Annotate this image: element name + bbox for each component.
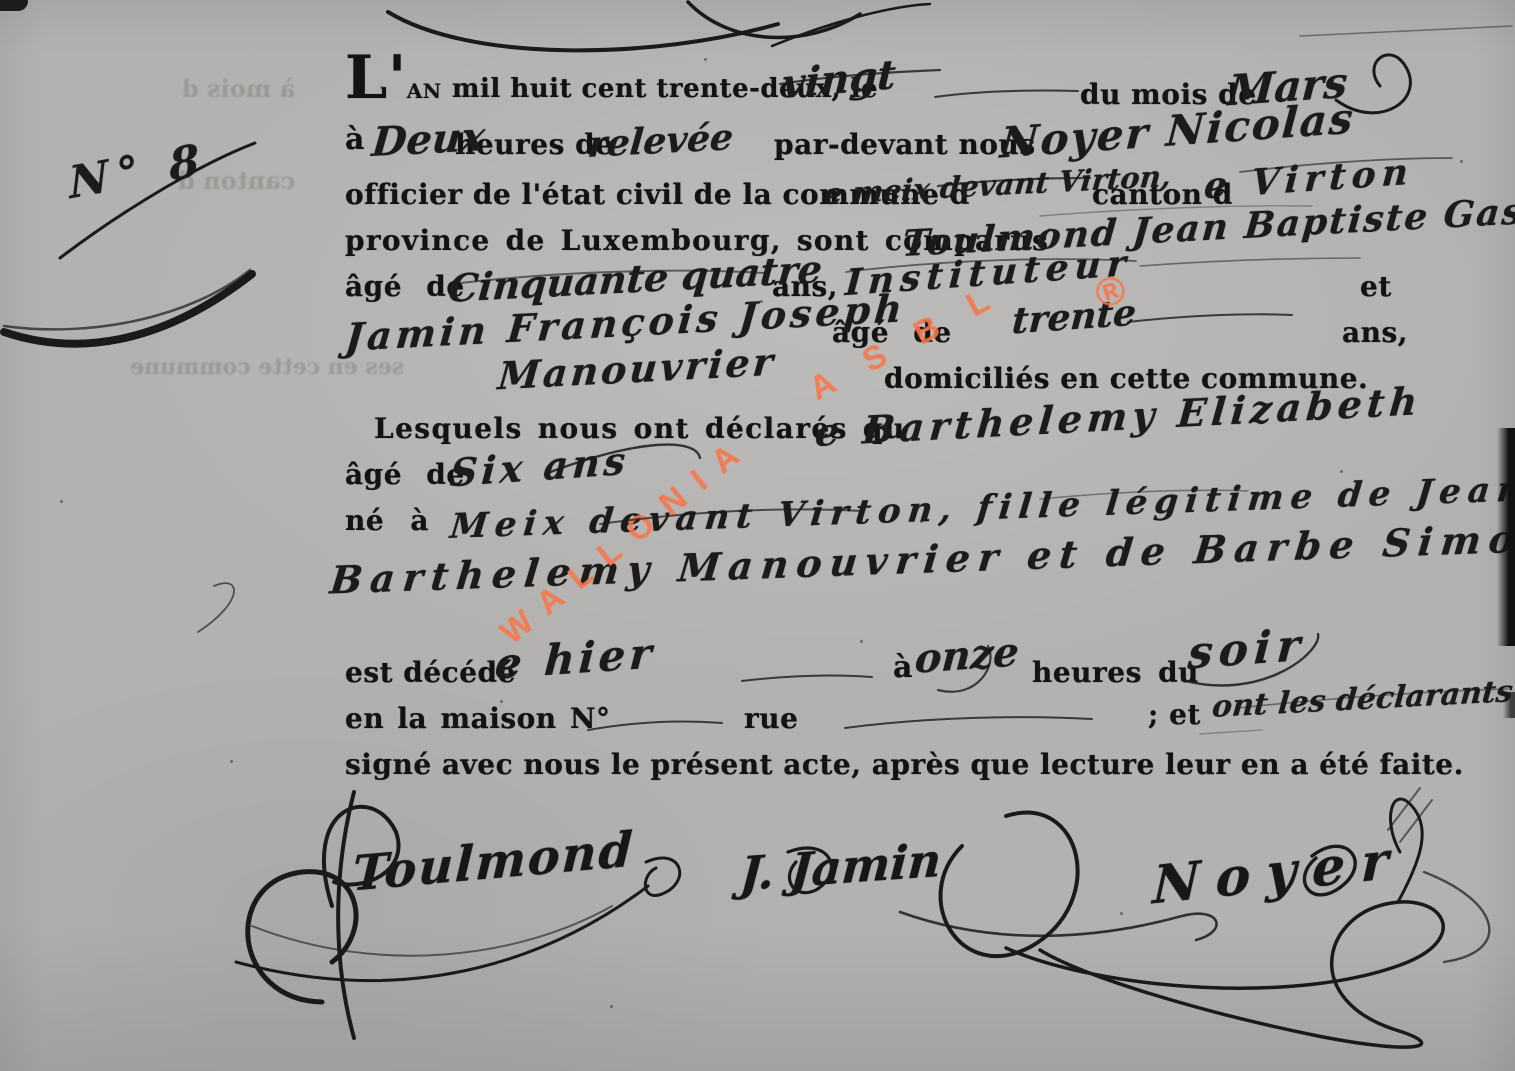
paper-speck — [1120, 912, 1123, 915]
printed-et-ont: ; et — [1148, 698, 1201, 731]
sig1-vertical-stroke — [338, 792, 354, 1038]
paper-speck — [704, 58, 707, 61]
hw-day: vingt — [781, 51, 897, 108]
sig2-underline — [900, 912, 1217, 940]
hw-relevee: relevée — [586, 116, 735, 166]
printed-pardevant-nous: par-devant nous — [774, 128, 1036, 161]
top-flourish-cross — [688, 2, 860, 37]
sig1-underline-2 — [252, 906, 612, 956]
death-record-scan: L'an mil huit cent trente-deux, le du mo… — [0, 0, 1515, 1071]
top-flourish-arc — [388, 12, 778, 50]
blank-line-age2 — [1128, 314, 1292, 322]
printed-age-label-3: âgé de — [345, 458, 465, 491]
printed-et: et — [1360, 270, 1392, 303]
hw-death-moment: soir — [1186, 620, 1307, 680]
paper-speck — [380, 86, 383, 89]
printed-signature-clause: signé avec nous le présent acte, après q… — [345, 748, 1464, 781]
hw-hour-of-act: Deux — [370, 113, 487, 166]
paper-speck — [920, 520, 923, 523]
faint-streak — [1200, 730, 1262, 734]
corner-scan-mark — [0, 0, 28, 11]
paper-speck — [1380, 760, 1383, 763]
sig2-oval — [941, 813, 1078, 957]
printed-a-heure-label: à — [893, 650, 913, 685]
paper-speck — [230, 760, 233, 763]
bleedthrough-text: canton d — [178, 166, 295, 195]
sig1-underline — [236, 886, 648, 981]
stray-curl-mark — [198, 583, 234, 632]
paper-speck — [1340, 470, 1343, 473]
paper-speck — [1048, 228, 1051, 231]
blank-line-rue — [845, 717, 1092, 728]
blank-line-death-day — [742, 675, 872, 681]
stray-curl-right — [1424, 872, 1489, 962]
bleedthrough-text: à mois d — [182, 74, 295, 103]
paper-speck — [500, 700, 503, 703]
printed-a-label: à — [345, 122, 365, 157]
sig3-grand-flourish — [1006, 902, 1443, 1047]
signature-witness2: J. Jamin — [738, 833, 943, 901]
sig3-hatch-2 — [1388, 788, 1420, 830]
blank-line-day — [935, 91, 1078, 97]
paper-speck — [760, 300, 763, 303]
scan-edge-shadow — [1497, 428, 1515, 646]
printed-year-opening: L'an — [345, 56, 442, 105]
paper-speck — [860, 640, 863, 643]
paper-speck — [1460, 160, 1463, 163]
top-flourish-tail — [772, 4, 930, 46]
rule-profession1-ext — [1140, 258, 1360, 266]
paper-speck — [610, 1005, 613, 1008]
paper-speck — [60, 500, 63, 503]
hw-declarants-note: ont les déclarants — [1211, 674, 1515, 725]
printed-ans-2: ans, — [1342, 316, 1408, 349]
margin-swash-thin — [4, 270, 250, 329]
bleedthrough-text: ses en cette commune — [130, 354, 404, 380]
hw-death-hour: onze — [913, 628, 1020, 683]
printed-rue: rue — [744, 702, 798, 735]
signature-officer: Noyer — [1152, 829, 1406, 917]
printed-heures-du: heures du — [1032, 656, 1199, 689]
scan-edge-nub — [1503, 692, 1515, 718]
hw-deceased-age: Six ans — [449, 438, 631, 496]
printed-maison-no: en la maison N° — [345, 702, 611, 735]
signature-witness1: Toulmond — [351, 821, 636, 902]
printed-ne-a: né à — [345, 504, 429, 537]
faint-rule-topright — [1300, 26, 1512, 36]
sig1-left-oval — [248, 872, 356, 1002]
sig1-end-curl — [645, 858, 679, 896]
margin-swash-thick — [4, 274, 252, 344]
printed-est-decede: est décédé — [345, 656, 516, 689]
